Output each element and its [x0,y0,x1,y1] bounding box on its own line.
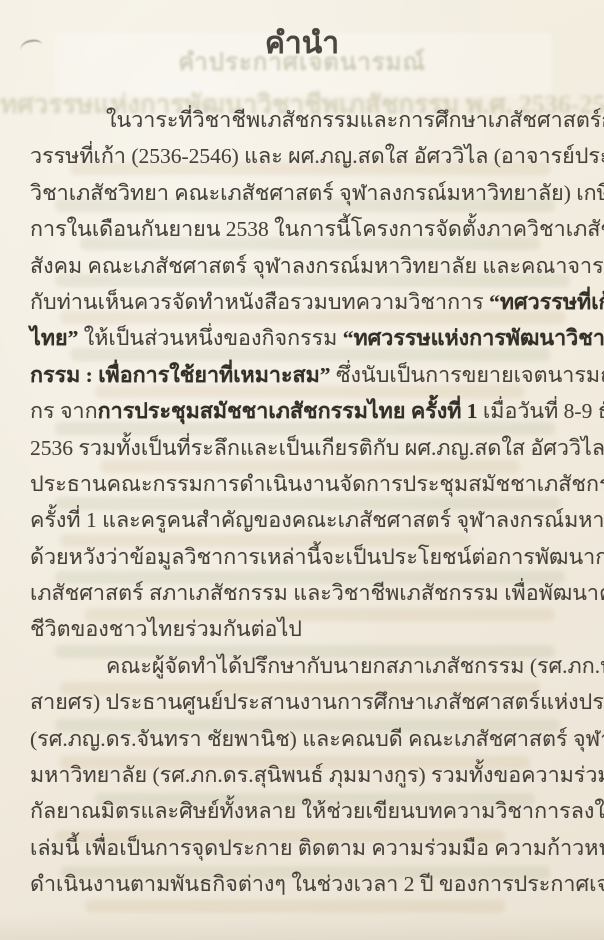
text-segment: สังคม คณะเภสัชศาสตร์ จุฬาลงกรณ์มหาวิทยาล… [30,254,604,278]
page-title: คำนำ [0,0,604,67]
text-line: ชีวิตของชาวไทยร่วมกันต่อไป [30,611,585,647]
text-segment: 2536 รวมทั้งเป็นที่ระลึกและเป็นเกียรติกั… [30,436,604,460]
text-line: สังคม คณะเภสัชศาสตร์ จุฬาลงกรณ์มหาวิทยาล… [30,248,585,284]
text-line: การในเดือนกันยายน 2538 ในการนี้โครงการจั… [30,211,585,247]
text-segment: เภสัชศาสตร์ สภาเภสัชกรรม และวิชาชีพเภสัช… [30,581,604,605]
text-segment: คณะผู้จัดทำได้ปรึกษากับนายกสภาเภสัชกรรม … [106,654,604,678]
bold-text-segment: “ทศวรรษที่เก้าเภสัชกร [489,290,604,314]
text-segment: การในเดือนกันยายน 2538 ในการนี้โครงการจั… [30,217,604,241]
text-line: เภสัชศาสตร์ สภาเภสัชกรรม และวิชาชีพเภสัช… [30,575,585,611]
page-bottom-shading [0,914,604,940]
text-segment: ในวาระที่วิชาชีพเภสัชกรรมและการศึกษาเภสั… [106,108,604,132]
page-body: ในวาระที่วิชาชีพเภสัชกรรมและการศึกษาเภสั… [30,102,585,903]
text-line: เล่มนี้ เพื่อเป็นการจุดประกาย ติดตาม ควา… [30,830,585,866]
paragraph: คณะผู้จัดทำได้ปรึกษากับนายกสภาเภสัชกรรม … [30,648,585,903]
text-line: ในวาระที่วิชาชีพเภสัชกรรมและการศึกษาเภสั… [30,102,585,138]
paragraph: ในวาระที่วิชาชีพเภสัชกรรมและการศึกษาเภสั… [30,102,585,648]
text-line: (รศ.ภญ.ดร.จันทรา ชัยพานิช) และคณบดี คณะเ… [30,721,585,757]
text-line: วรรษที่เก้า (2536-2546) และ ผศ.ภญ.สดใส อ… [30,138,585,174]
text-line: สายศร) ประธานศูนย์ประสานงานการศึกษาเภสัช… [30,684,585,720]
text-segment: (รศ.ภญ.ดร.จันทรา ชัยพานิช) และคณบดี คณะเ… [30,727,604,751]
text-segment: ดำเนินงานตามพันธกิจต่างๆ ในช่วงเวลา 2 ปี… [30,872,604,896]
text-segment: ด้วยหวังว่าข้อมูลวิชาการเหล่านี้จะเป็นปร… [30,545,604,569]
text-segment: วรรษที่เก้า (2536-2546) และ ผศ.ภญ.สดใส อ… [30,144,604,168]
text-line: ดำเนินงานตามพันธกิจต่างๆ ในช่วงเวลา 2 ปี… [30,866,585,902]
bold-text-segment: “ทศวรรษแห่งการพัฒนาวิชาชีพเภสัช [343,326,604,350]
text-segment: วิชาเภสัชวิทยา คณะเภสัชศาสตร์ จุฬาลงกรณ์… [30,181,604,205]
text-segment: ครั้งที่ 1 และครูคนสำคัญของคณะเภสัชศาสตร… [30,508,604,532]
text-line: คณะผู้จัดทำได้ปรึกษากับนายกสภาเภสัชกรรม … [30,648,585,684]
text-segment: ประธานคณะกรรมการดำเนินงานจัดการประชุมสมั… [30,472,604,496]
text-line: ไทย” ให้เป็นส่วนหนึ่งของกิจกรรม “ทศวรรษแ… [30,320,585,356]
text-segment: สายศร) ประธานศูนย์ประสานงานการศึกษาเภสัช… [30,690,604,714]
text-line: มหาวิทยาลัย (รศ.ภก.ดร.สุนิพนธ์ ภุมมางกูร… [30,757,585,793]
text-line: กับท่านเห็นควรจัดทำหนังสือรวมบทความวิชาก… [30,284,585,320]
text-segment: เล่มนี้ เพื่อเป็นการจุดประกาย ติดตาม ควา… [30,836,604,860]
text-segment: เมื่อวันที่ 8-9 ธันวาคม [478,399,604,423]
text-segment: กร จาก [30,399,98,423]
bold-text-segment: ไทย” [30,326,78,350]
text-line: กร จากการประชุมสมัชชาเภสัชกรรมไทย ครั้งท… [30,393,585,429]
text-segment: ให้เป็นส่วนหนึ่งของกิจกรรม [78,326,342,350]
text-line: กรรม : เพื่อการใช้ยาที่เหมาะสม” ซึ่งนับเ… [30,357,585,393]
bold-text-segment: กรรม : เพื่อการใช้ยาที่เหมาะสม” [30,363,331,387]
text-segment: ชีวิตของชาวไทยร่วมกันต่อไป [30,617,302,641]
text-line: กัลยาณมิตรและศิษย์ทั้งหลาย ให้ช่วยเขียนบ… [30,793,585,829]
bold-text-segment: การประชุมสมัชชาเภสัชกรรมไทย ครั้งที่ 1 [98,399,478,423]
text-line: ด้วยหวังว่าข้อมูลวิชาการเหล่านี้จะเป็นปร… [30,539,585,575]
text-line: ครั้งที่ 1 และครูคนสำคัญของคณะเภสัชศาสตร… [30,502,585,538]
text-line: วิชาเภสัชวิทยา คณะเภสัชศาสตร์ จุฬาลงกรณ์… [30,175,585,211]
scanned-page: คำประกาศเจตนารมณ์ ทศวรรษแห่งการพัฒนาวิชา… [0,0,604,940]
text-segment: กัลยาณมิตรและศิษย์ทั้งหลาย ให้ช่วยเขียนบ… [30,799,604,823]
text-line: ประธานคณะกรรมการดำเนินงานจัดการประชุมสมั… [30,466,585,502]
text-segment: กับท่านเห็นควรจัดทำหนังสือรวมบทความวิชาก… [30,290,489,314]
text-segment: มหาวิทยาลัย (รศ.ภก.ดร.สุนิพนธ์ ภุมมางกูร… [30,763,604,787]
text-segment: ซึ่งนับเป็นการขยายเจตนารมณ์ของเภสัช [331,363,604,387]
text-line: 2536 รวมทั้งเป็นที่ระลึกและเป็นเกียรติกั… [30,430,585,466]
